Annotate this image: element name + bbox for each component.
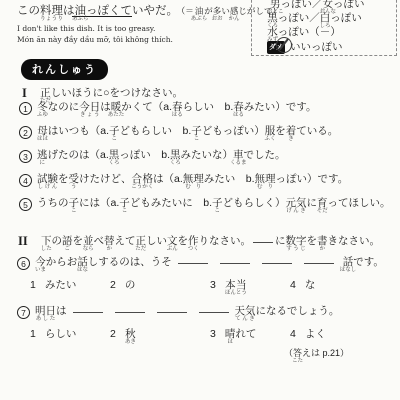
option-row: 1みたい 2の 3本当ほんとう 4な <box>30 279 380 295</box>
question-number: 5 <box>19 198 32 211</box>
renshuu-badge: れんしゅう <box>21 59 108 80</box>
option-number: 2 <box>110 279 116 291</box>
option-number: 3 <box>210 279 216 291</box>
question-row: 7明日あしたは天気てんきになるでしょう。 <box>17 305 339 321</box>
section1-heading: I正ただしいほうに○をつけなさい。 <box>22 83 183 103</box>
option-item: 2秋あき <box>110 328 210 344</box>
ppoi-example-line: 黒くろっぽい／白しろっぽい <box>267 13 396 27</box>
question-text: 母はははいつも（a.子こどもらしい b.子こどもっぽい）服ふくを着きている。 <box>37 125 338 137</box>
answer-blanks <box>67 305 235 317</box>
section1-prompt: 正ただしいほうに○をつけなさい。 <box>40 87 183 99</box>
option-text: の <box>125 279 136 291</box>
section1-question-list: 1冬ふゆなのに今日きょうは暖あたたかくて（a.春はるらしい b.春はるみたい）で… <box>19 101 391 221</box>
section2-numeral: II <box>18 234 28 248</box>
question-text-pre: 明日あしたは <box>35 305 67 317</box>
option-number: 4 <box>290 279 296 291</box>
option-text: 本当ほんとう <box>225 279 247 291</box>
translation-vietnamese: Món ăn này đầy dầu mỡ, tôi không thích. <box>17 35 255 44</box>
option-number: 1 <box>30 328 36 340</box>
question-number: 1 <box>19 102 32 115</box>
question-row: 5うちの子こには（a.子こどもみたいに b.子こどもらしく）元気げんきに育そだっ… <box>19 197 391 221</box>
question-row: 1冬ふゆなのに今日きょうは暖あたたかくて（a.春はるらしい b.春はるみたい）で… <box>19 101 391 125</box>
option-text: みたい <box>45 279 77 291</box>
option-item: 4よく <box>290 328 380 344</box>
example-sentence-main: この料理りょうりは油あぶらっぽくていやだ。 <box>17 5 178 17</box>
translation-english: I don't like this dish. It is too greasy… <box>17 24 255 33</box>
option-item: 4な <box>290 279 380 295</box>
option-text: よく <box>305 328 326 340</box>
question-text-post: 天気てんきになるでしょう。 <box>235 305 340 317</box>
option-number: 1 <box>30 279 36 291</box>
option-text: な <box>305 279 316 291</box>
example-sentence: この料理りょうりは油あぶらっぽくていやだ。（＝油あぶらが多おおい感かんじがして） <box>17 5 255 21</box>
option-text: 晴はれて <box>225 328 257 340</box>
dame-example-line: ダメいいっぽい <box>267 41 396 55</box>
option-number: 4 <box>290 328 296 340</box>
prohibition-circle-icon <box>276 37 292 53</box>
question-text-pre: 今いまからお話はなしするのは、うそ <box>35 256 172 268</box>
ppoi-examples-box: 男おとこっぽい／女おんなっぽい 黒くろっぽい／白しろっぽい 水みずっぽい（－） … <box>251 0 397 56</box>
option-number: 3 <box>210 328 216 340</box>
question-number: 6 <box>17 257 30 270</box>
option-text: 秋あき <box>125 328 136 340</box>
answer-blanks <box>172 256 340 268</box>
option-item: 1らしい <box>30 328 110 344</box>
answer-page-note: （答こたえは p.21） <box>284 347 349 363</box>
dame-example-text: いいっぽい <box>290 41 343 53</box>
question-number: 2 <box>19 126 32 139</box>
option-item: 2の <box>110 279 210 295</box>
question-text: うちの子こには（a.子こどもみたいに b.子こどもらしく）元気げんきに育そだって… <box>37 197 391 209</box>
question-row: 2母はははいつも（a.子こどもらしい b.子こどもっぽい）服ふくを着きている。 <box>19 125 391 149</box>
section1-numeral: I <box>22 86 27 100</box>
option-item: 1みたい <box>30 279 110 295</box>
option-text: らしい <box>45 328 77 340</box>
question-text: 逃にげたのは（a.黒くろっぽい b.黒くろみたいな）車くるまでした。 <box>37 149 286 161</box>
textbook-page: この料理りょうりは油あぶらっぽくていやだ。（＝油あぶらが多おおい感かんじがして）… <box>0 0 400 400</box>
option-item: 3晴はれて <box>210 328 290 344</box>
question-row: 4試験しけんを受うけたけど、合格ごうかくは（a.無理むりみたい b.無理むりっぽ… <box>19 173 391 197</box>
section2-prompt: 下したの語ごを並ならべ替かえて正ただしい文ぶんを作つくりなさい。に数字すうじを書… <box>41 235 380 247</box>
option-item: 3本当ほんとう <box>210 279 290 295</box>
question-number: 7 <box>17 306 30 319</box>
question-row: 3逃にげたのは（a.黒くろっぽい b.黒くろみたいな）車くるまでした。 <box>19 149 391 173</box>
section2-heading: II下したの語ごを並ならべ替かえて正ただしい文ぶんを作つくりなさい。に数字すうじ… <box>18 231 380 251</box>
example-block: この料理りょうりは油あぶらっぽくていやだ。（＝油あぶらが多おおい感かんじがして）… <box>17 5 255 44</box>
question-text: 冬ふゆなのに今日きょうは暖あたたかくて（a.春はるらしい b.春はるみたい）です… <box>37 101 316 113</box>
option-row: 1らしい 2秋あき 3晴はれて 4よく <box>30 328 380 344</box>
question-text: 試験しけんを受うけたけど、合格ごうかくは（a.無理むりみたい b.無理むりっぽい… <box>37 173 348 185</box>
question-text-post: 話はなしです。 <box>340 256 384 268</box>
question-number: 4 <box>19 174 32 187</box>
question-number: 3 <box>19 150 32 163</box>
option-number: 2 <box>110 328 116 340</box>
question-row: 6今いまからお話はなしするのは、うそ話はなしです。 <box>17 256 384 272</box>
